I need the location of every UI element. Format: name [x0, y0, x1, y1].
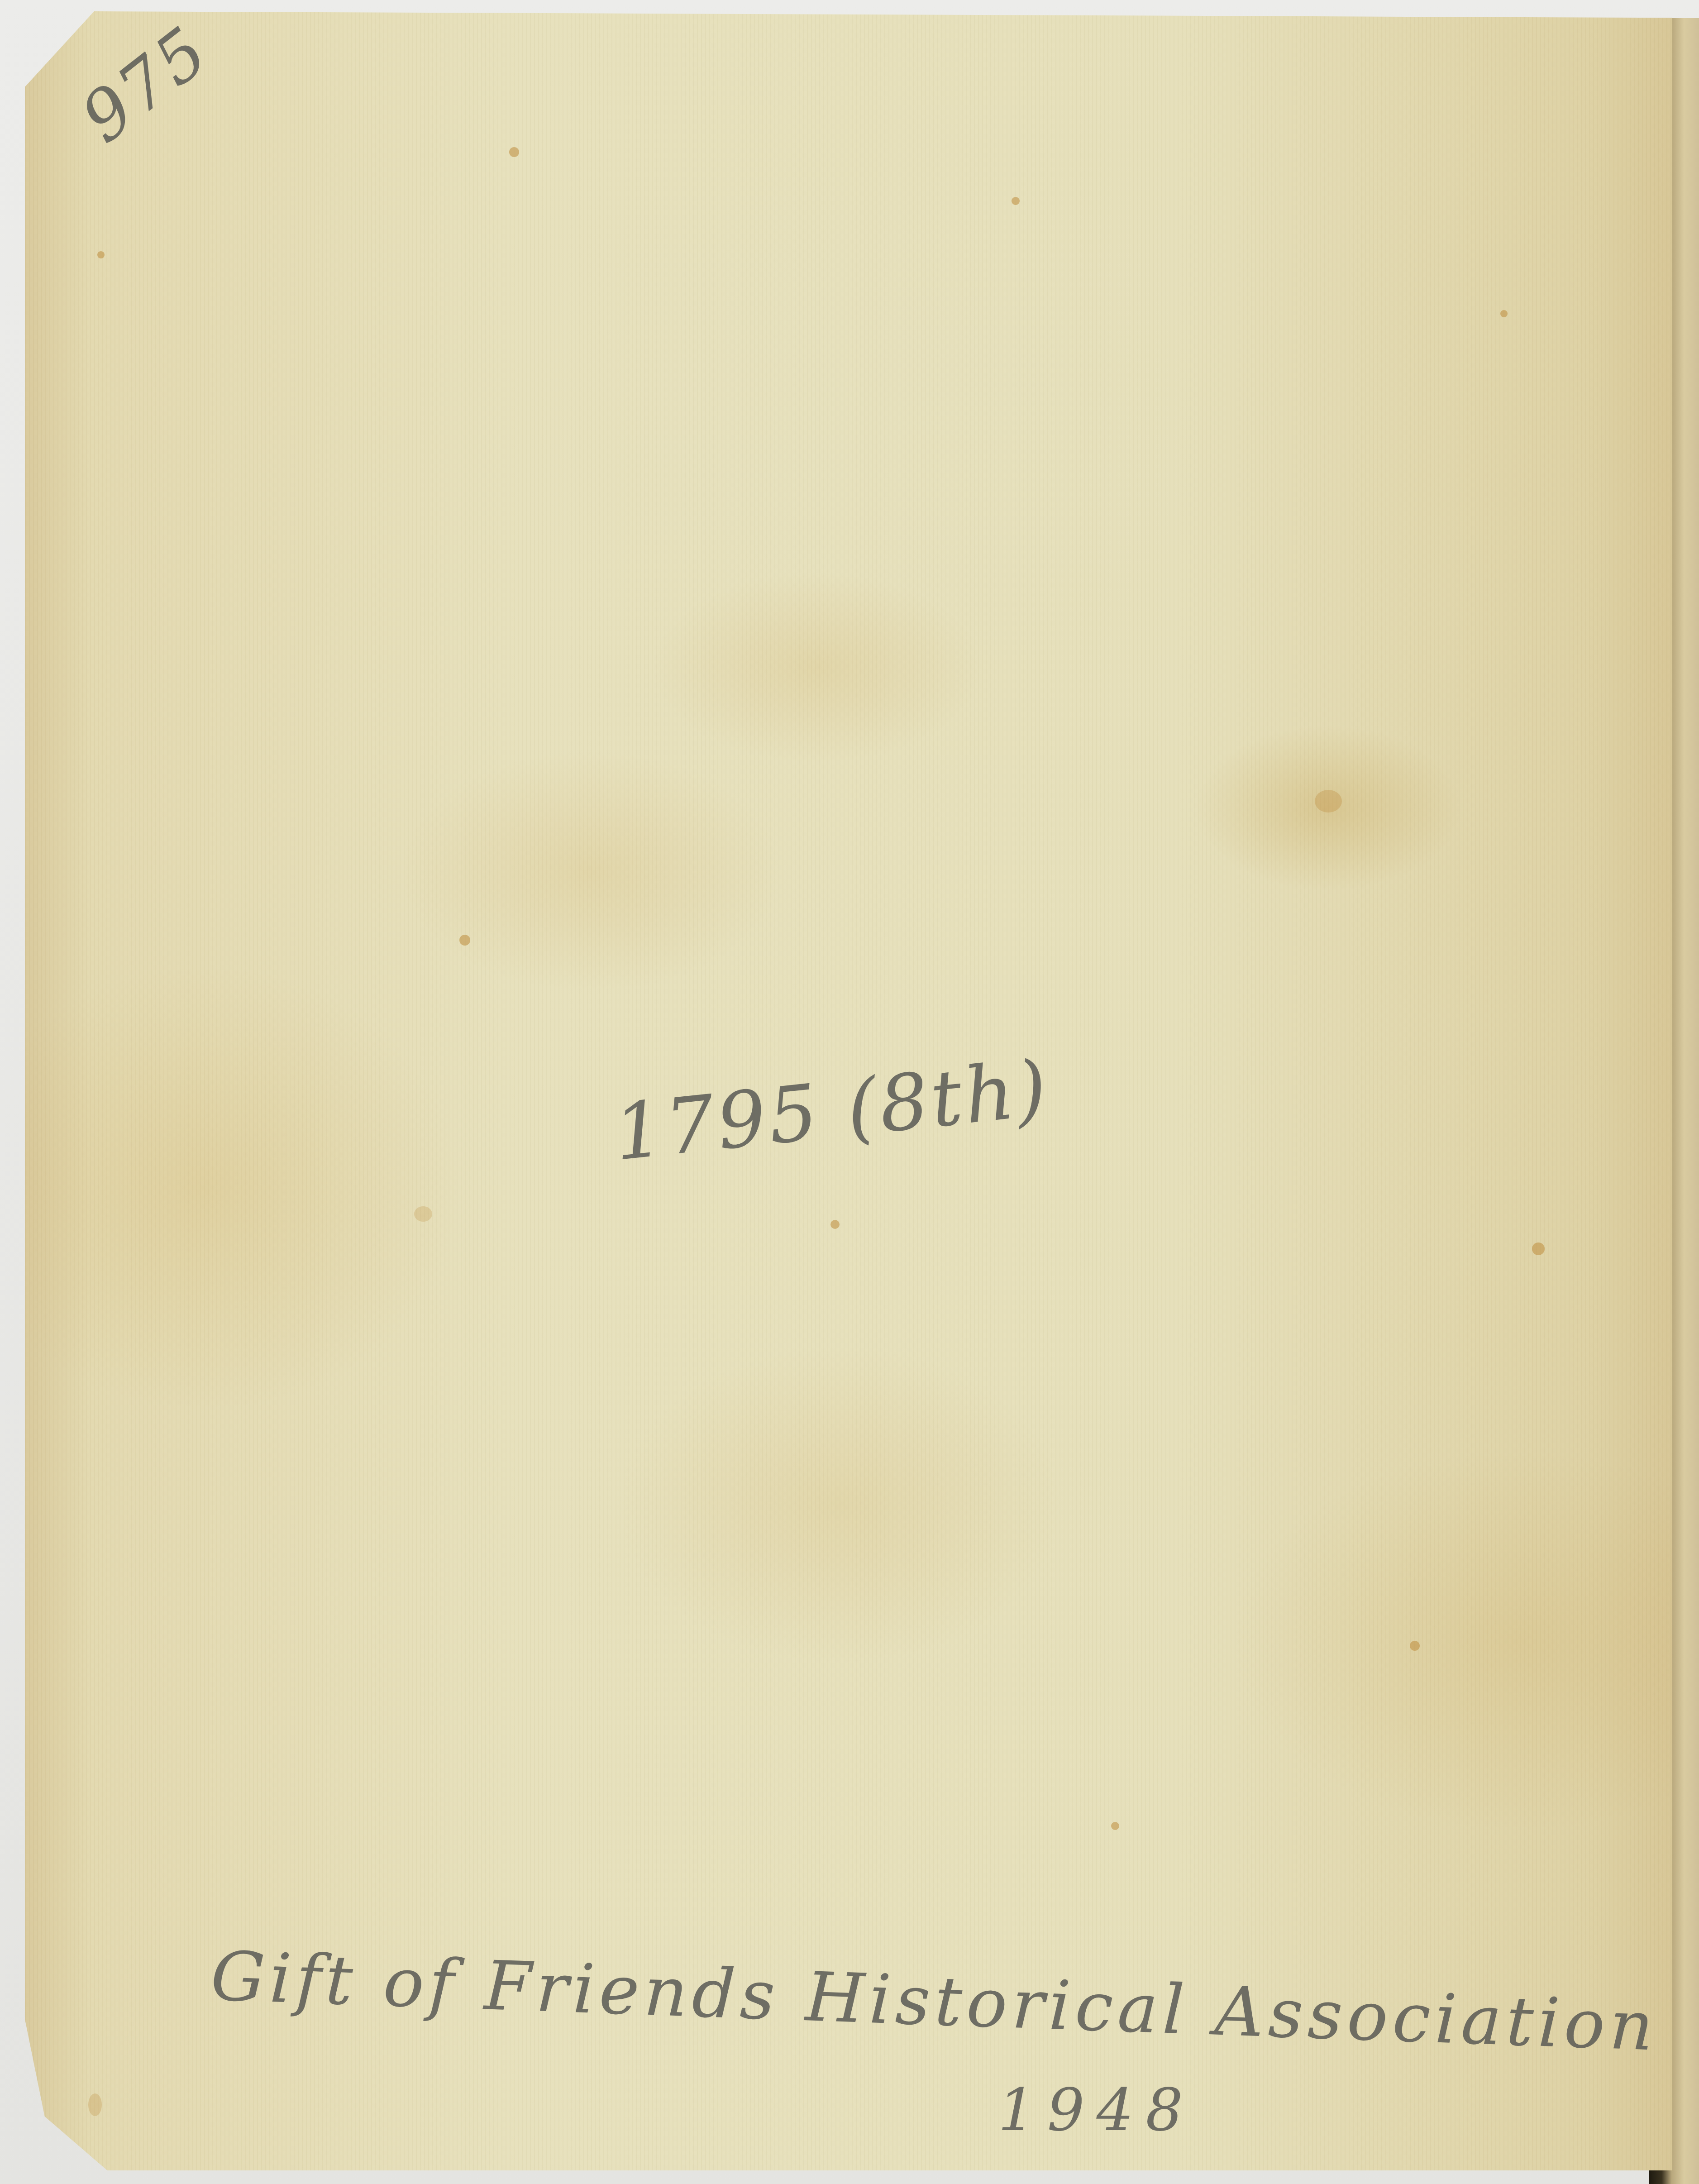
foxing-spot: [414, 1206, 432, 1222]
foxing-spot: [1012, 197, 1020, 205]
foxing-spot: [88, 2093, 102, 2116]
foxing-spot: [1500, 310, 1508, 317]
foxing-spot: [830, 1220, 840, 1229]
foxing-spot: [1532, 1243, 1545, 1255]
document-page: 975 1795 (8th) Gift of Friends Historica…: [25, 11, 1672, 2170]
foxing-spot: [1315, 790, 1342, 812]
provenance-year-annotation: 1948: [998, 2075, 1195, 2144]
provenance-annotation: Gift of Friends Historical Association: [210, 1937, 1659, 2066]
catalog-number-annotation: 975: [67, 11, 224, 158]
foxing-spot: [459, 935, 470, 946]
date-annotation: 1795 (8th): [610, 1043, 1054, 1178]
foxing-spot: [1410, 1641, 1420, 1651]
foxing-spot: [509, 147, 519, 157]
foxing-spot: [97, 251, 105, 258]
foxing-spot: [1111, 1822, 1119, 1830]
